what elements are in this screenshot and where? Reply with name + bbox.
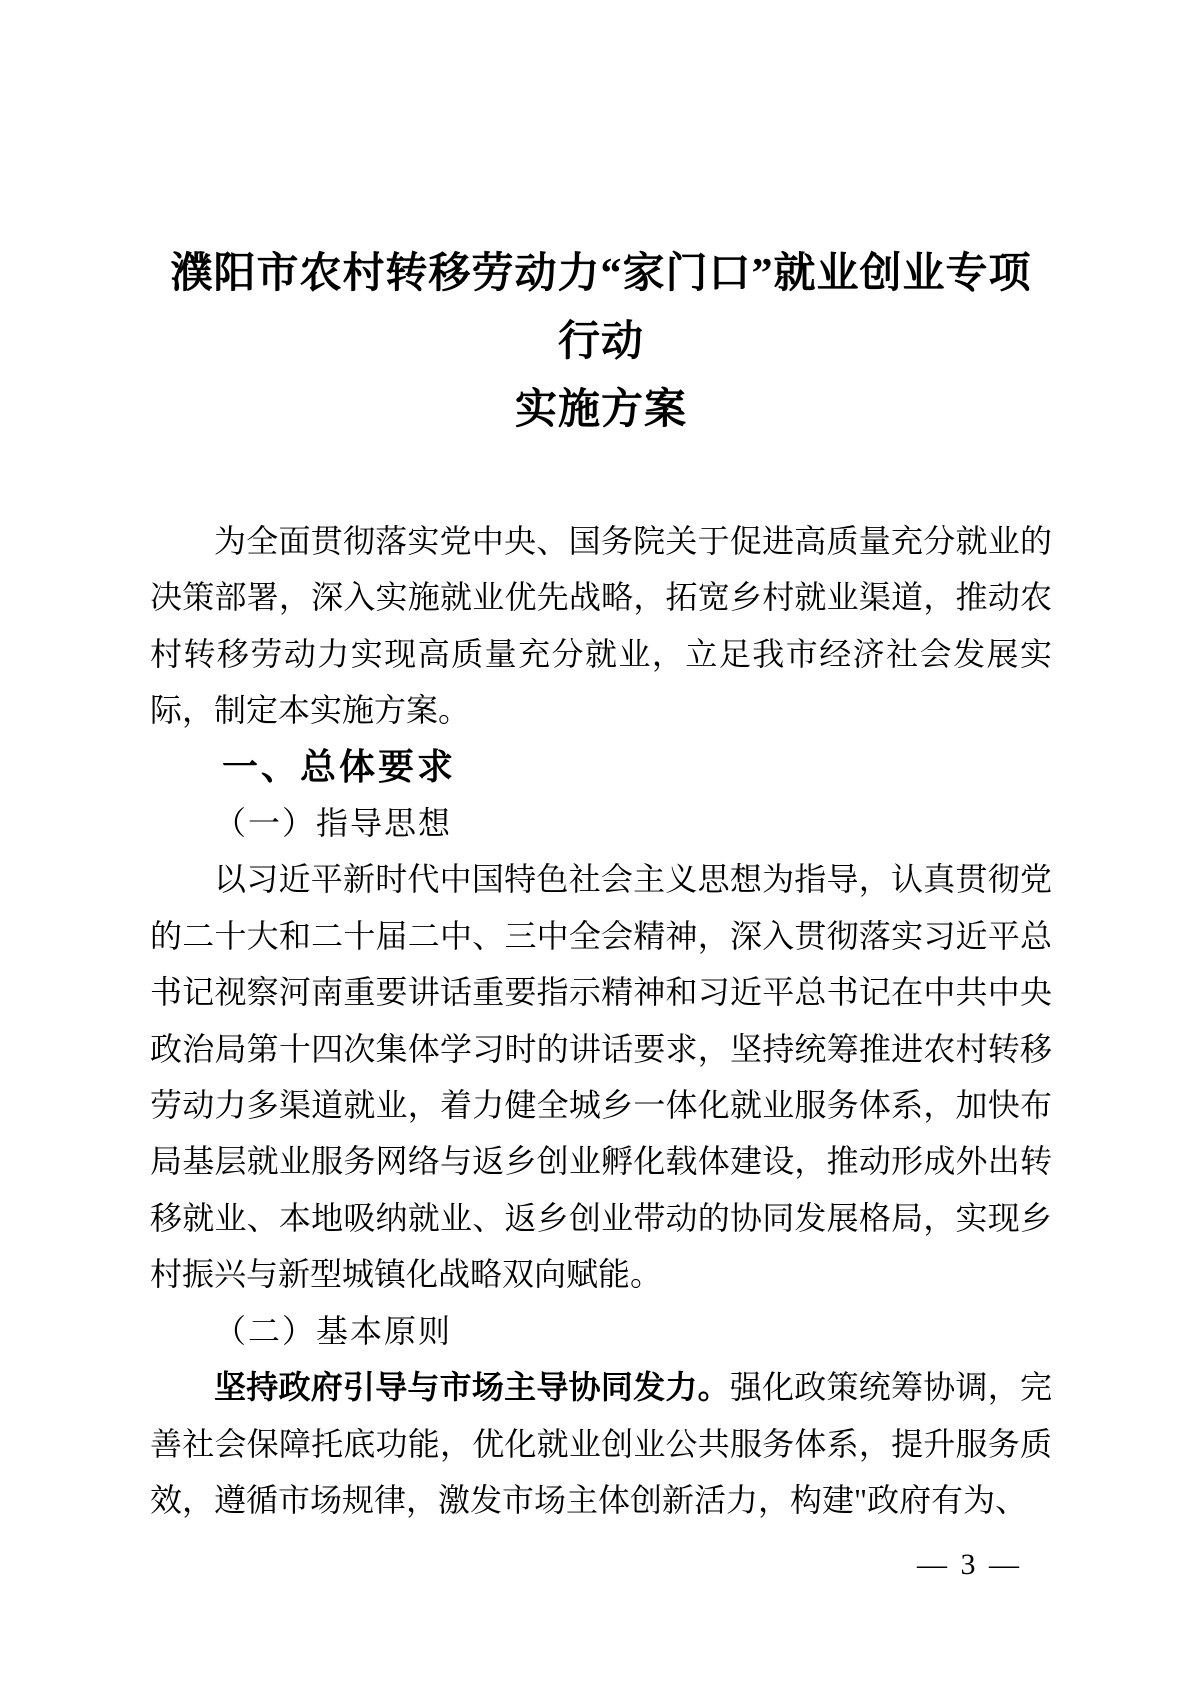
section-heading-overall-requirements: 一、总体要求	[150, 739, 1052, 795]
basic-principle-paragraph: 坚持政府引导与市场主导协同发力。强化政策统筹协调，完善社会保障托底功能，优化就业…	[150, 1359, 1052, 1528]
guiding-thought-paragraph: 以习近平新时代中国特色社会主义思想为指导，认真贯彻党的二十大和二十届二中、三中全…	[150, 851, 1052, 1302]
document-title: 濮阳市农村转移劳动力“家门口”就业创业专项行动 实施方案	[150, 240, 1052, 444]
subsection-heading-basic-principles: （二）基本原则	[150, 1303, 1052, 1359]
document-title-line2: 实施方案	[150, 376, 1052, 444]
intro-paragraph: 为全面贯彻落实党中央、国务院关于促进高质量充分就业的决策部署，深入实施就业优先战…	[150, 513, 1052, 739]
page-number: — 3 —	[917, 1548, 1022, 1582]
subsection-heading-guiding-thought: （一）指导思想	[150, 795, 1052, 851]
document-body: 为全面贯彻落实党中央、国务院关于促进高质量充分就业的决策部署，深入实施就业优先战…	[150, 513, 1052, 1528]
document-title-line1: 濮阳市农村转移劳动力“家门口”就业创业专项行动	[150, 240, 1052, 376]
principle-lead-bold-text: 坚持政府引导与市场主导协同发力。	[214, 1369, 730, 1405]
document-page: 濮阳市农村转移劳动力“家门口”就业创业专项行动 实施方案 为全面贯彻落实党中央、…	[0, 0, 1200, 1696]
